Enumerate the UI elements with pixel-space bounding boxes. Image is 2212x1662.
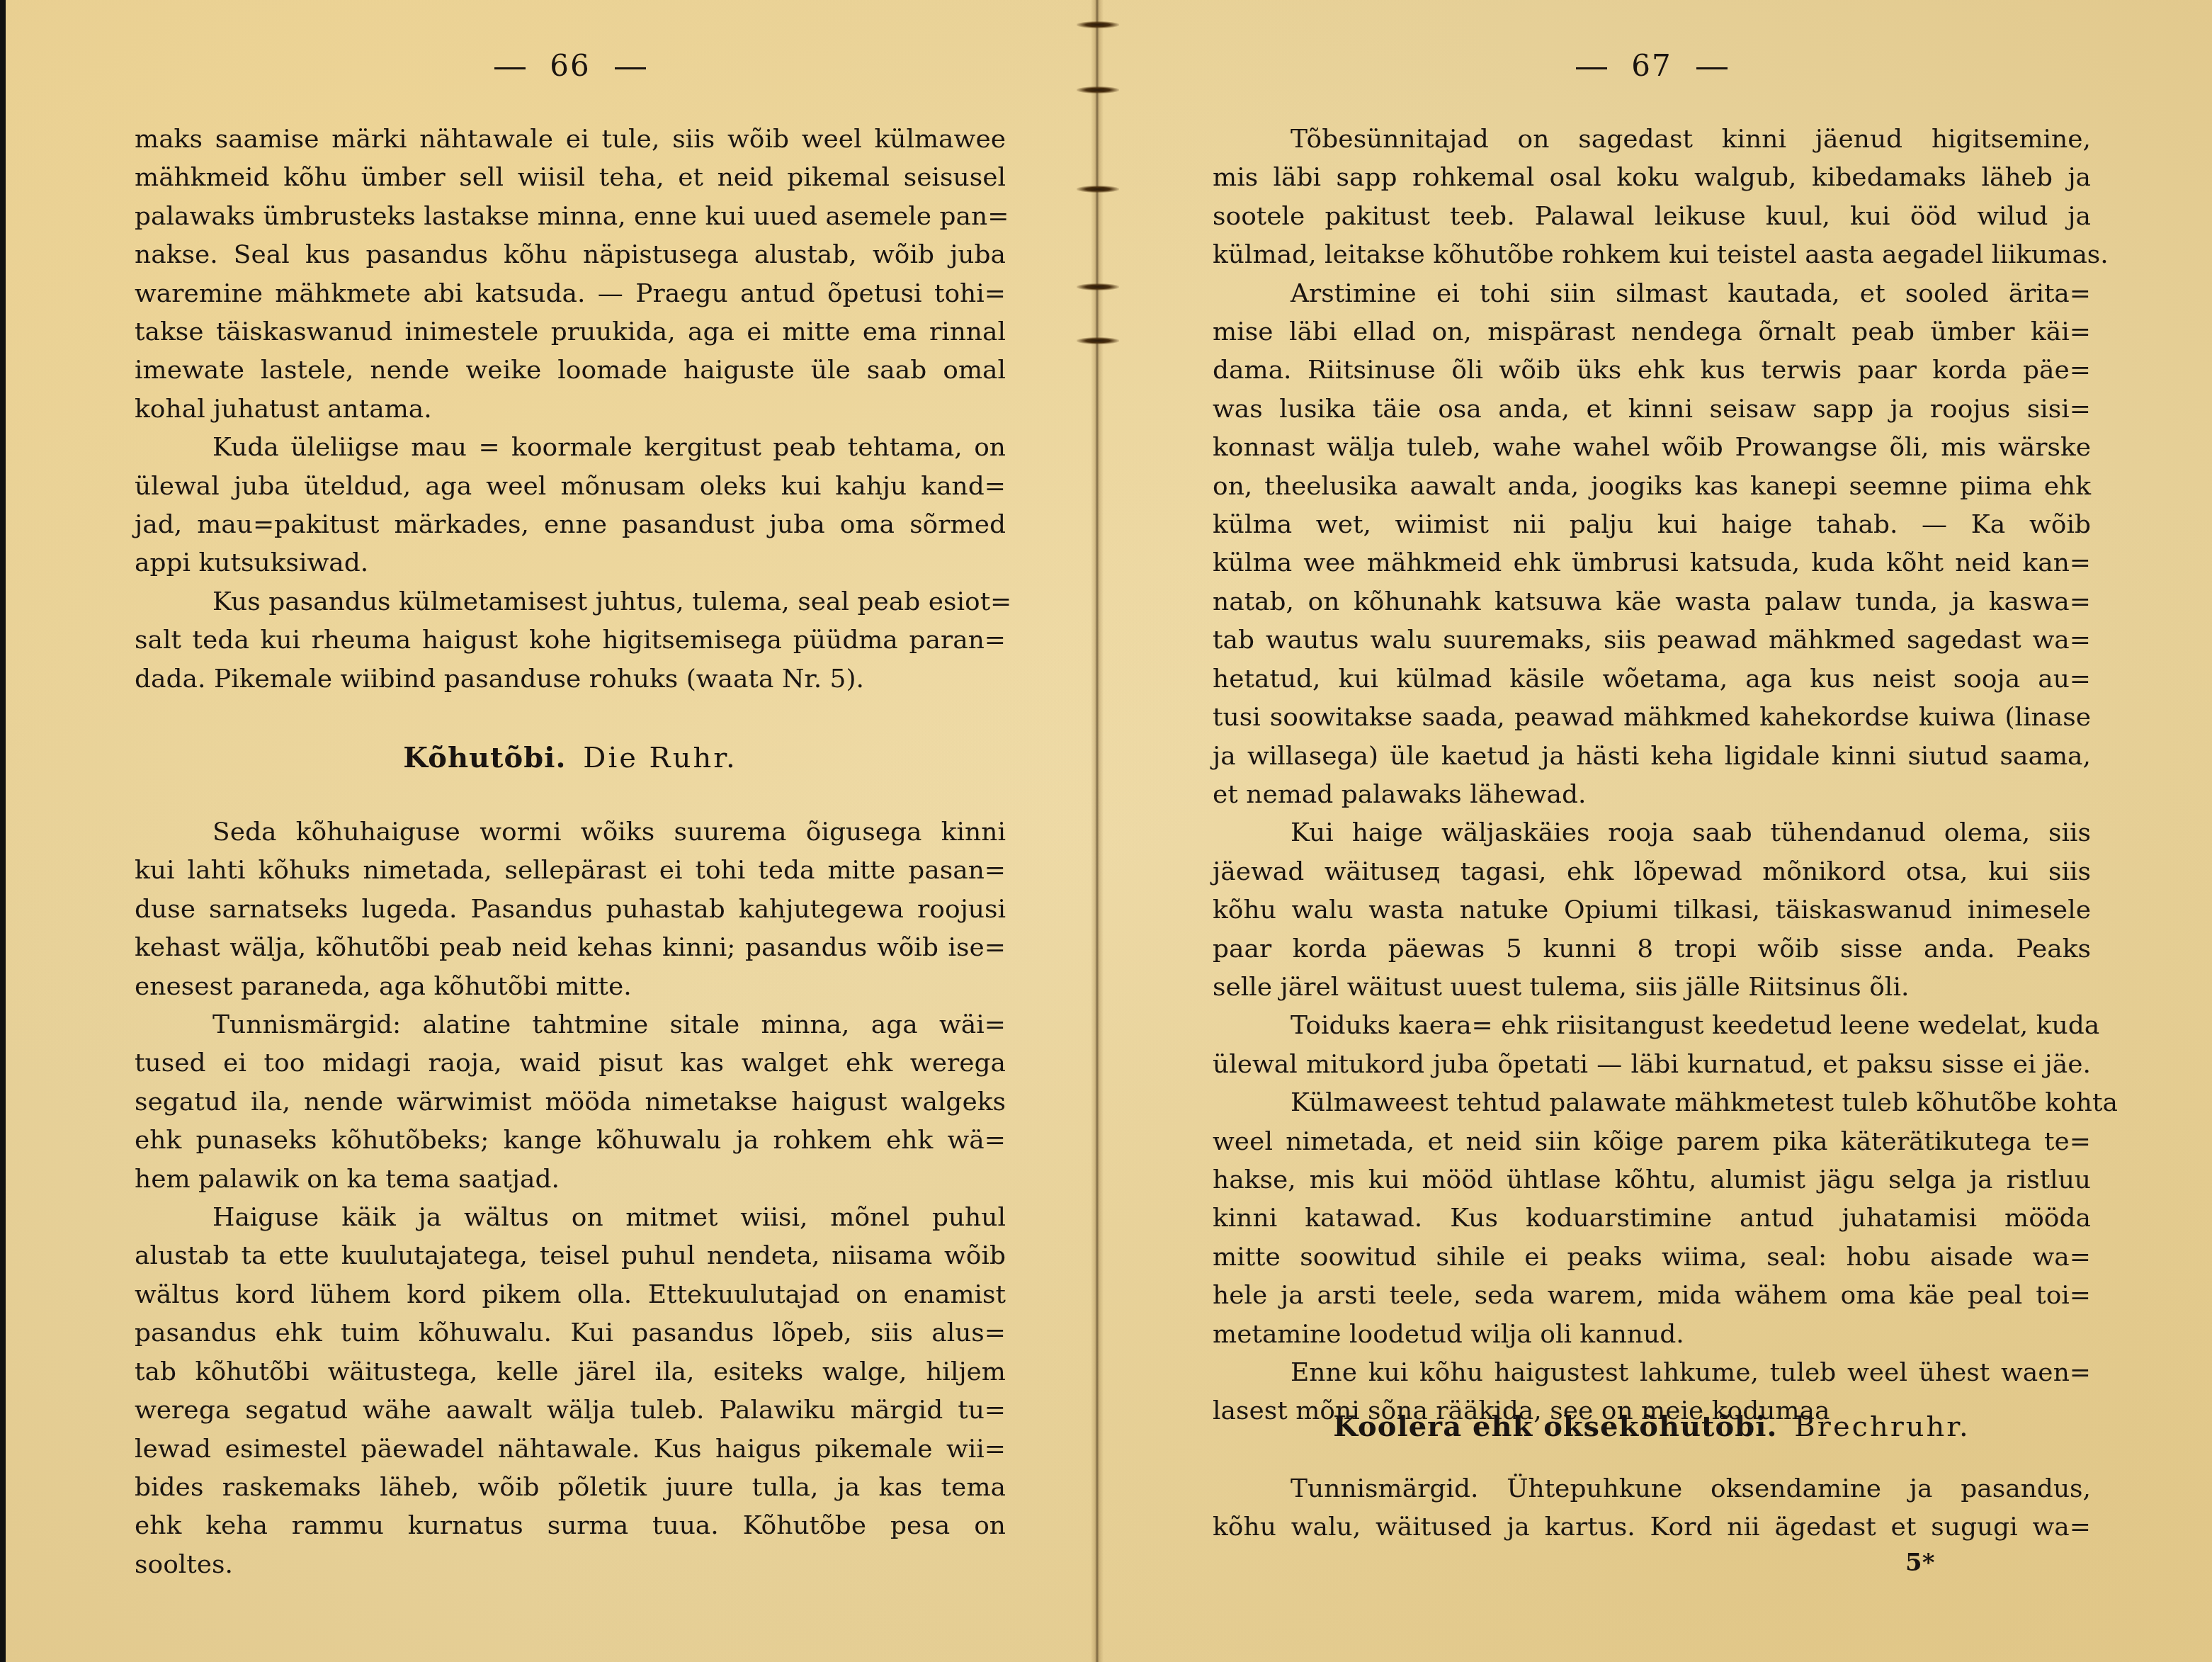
text-line: appi kutsuksiwad. (135, 544, 1006, 582)
book-spine (1091, 0, 1104, 1662)
text-line: dada. Pikemale wiibind pasanduse rohuks … (135, 660, 1006, 699)
text-line: Kui haige wäljaskäies rooja saab tühenda… (1213, 814, 2091, 852)
left-page: 66 maks saamise märki nähtawale ei tule,… (135, 0, 1006, 1662)
text-line: dama. Riitsinuse õli wõib üks ehk kus te… (1213, 351, 2091, 390)
page-number-text: 66 (550, 48, 590, 83)
text-line: Tõbesünnitajad on sagedast kinni jäenud … (1213, 120, 2091, 159)
text-line: segatud ila, nende wärwimist mööda nimet… (135, 1083, 1006, 1121)
binding-stitch (1077, 337, 1119, 344)
heading-subtitle: Die Ruhr. (583, 742, 737, 774)
text-line: ülewal juba üteldud, aga weel mõnusam ol… (135, 468, 1006, 506)
right-page: 67 Tõbesünnitajad on sagedast kinni jäen… (1213, 0, 2091, 1662)
text-line: hele ja arsti teele, seda warem, mida wä… (1213, 1277, 2091, 1315)
text-line: ehk punaseks kõhutõbeks; kange kõhuwalu … (135, 1121, 1006, 1160)
text-line: enesest paraneda, aga kõhutõbi mitte. (135, 968, 1006, 1006)
text-line: imewate lastele, nende weike loomade hai… (135, 351, 1006, 390)
text-line: tusi soowitakse saada, peawad mähkmed ka… (1213, 699, 2091, 737)
text-line: mise läbi ellad on, mispärast nendega õr… (1213, 313, 2091, 351)
text-line: duse sarnatseks lugeda. Pasandus puhasta… (135, 891, 1006, 929)
text-line: kõhu walu wasta natuke Opiumi tilkasi, t… (1213, 891, 2091, 929)
text-line: Arstimine ei tohi siin silmast kautada, … (1213, 275, 2091, 313)
page-number-text: 67 (1631, 48, 1672, 83)
text-line: sootele pakitust teeb. Palawal leikuse k… (1213, 198, 2091, 236)
text-line: sooltes. (135, 1546, 1006, 1584)
text-line: on, theelusika aawalt anda, joogiks kas … (1213, 468, 2091, 506)
text-line: wältus kord lühem kord pikem olla. Ettek… (135, 1276, 1006, 1314)
page-number: 66 (135, 48, 1006, 83)
text-line: salt teda kui rheuma haigust kohe higits… (135, 621, 1006, 660)
text-line: kui lahti kõhuks nimetada, sellepärast e… (135, 852, 1006, 890)
text-line: pasandus ehk tuim kõhuwalu. Kui pasandus… (135, 1314, 1006, 1352)
text-line: werega segatud wähe aawalt wälja tuleb. … (135, 1391, 1006, 1430)
heading-subtitle: Brechruhr. (1794, 1411, 1970, 1443)
binding-stitch (1077, 86, 1119, 94)
text-line: kinni katawad. Kus koduarstimine antud j… (1213, 1199, 2091, 1238)
text-line: konnast wälja tuleb, wahe wahel wõib Pro… (1213, 429, 2091, 467)
paragraph: Tõbesünnitajad on sagedast kinni jäenud … (1213, 120, 2091, 1431)
text-line: hakse, mis kui mööd ühtlase kõhtu, alumi… (1213, 1161, 2091, 1199)
heading-title: Kõhutõbi. (403, 741, 566, 774)
text-line: palawaks ümbrusteks lastakse minna, enne… (135, 198, 1006, 236)
text-line: lewad esimestel päewadel nähtawale. Kus … (135, 1430, 1006, 1469)
text-line: tused ei too midagi raoja, waid pisut ka… (135, 1044, 1006, 1082)
text-line: Kuda üleliigse mau = koormale kergitust … (135, 429, 1006, 467)
text-line: jäewad wäituseд tagasi, ehk lõpewad mõni… (1213, 853, 2091, 891)
text-line: Toiduks kaera= ehk riisitangust keedetud… (1213, 1007, 2091, 1045)
text-line: takse täiskaswanud inimestele pruukida, … (135, 313, 1006, 351)
text-line: Enne kui kõhu haigustest lahkume, tuleb … (1213, 1354, 2091, 1392)
text-line: bides raskemaks läheb, wõib põletik juur… (135, 1469, 1006, 1507)
text-line: alustab ta ette kuulutajatega, teisel pu… (135, 1237, 1006, 1275)
binding-stitch (1077, 186, 1119, 193)
page-number: 67 (1213, 48, 2091, 83)
text-line: ehk keha rammu kurnatus surma tuua. Kõhu… (135, 1507, 1006, 1545)
book-spread: 66 maks saamise märki nähtawale ei tule,… (0, 0, 2212, 1662)
scan-border (0, 0, 6, 1662)
text-line: külmad, leitakse kõhutõbe rohkem kui tei… (1213, 236, 2091, 274)
text-line: ülewal mitukord juba õpetati — läbi kurn… (1213, 1046, 2091, 1084)
text-line: tab wautus walu suuremaks, siis peawad m… (1213, 621, 2091, 660)
text-line: Kus pasandus külmetamisest juhtus, tulem… (135, 583, 1006, 621)
text-line: külma wet, wiimist nii palju kui haige t… (1213, 506, 2091, 544)
text-line: mitte soowitud sihile ei peaks wiima, se… (1213, 1238, 2091, 1277)
binding-stitch (1077, 283, 1119, 290)
text-line: Tunnismärgid. Ühtepuhkune oksendamine ja… (1213, 1470, 2091, 1508)
text-line: kehast wälja, kõhutõbi peab neid kehas k… (135, 929, 1006, 967)
text-line: mähkmeid kõhu ümber sell wiisil teha, et… (135, 159, 1006, 197)
paragraph: Tunnismärgid. Ühtepuhkune oksendamine ja… (1213, 1470, 2091, 1547)
text-line: kohal juhatust antama. (135, 390, 1006, 429)
text-line: weel nimetada, et neid siin kõige parem … (1213, 1123, 2091, 1161)
text-line: Haiguse käik ja wältus on mitmet wiisi, … (135, 1199, 1006, 1237)
text-line: ja willasega) üle kaetud ja hästi keha l… (1213, 737, 2091, 776)
text-line: et nemad palawaks lähewad. (1213, 776, 2091, 814)
text-line: Tunnismärgid: alatine tahtmine sitale mi… (135, 1006, 1006, 1044)
text-line: was lusika täie osa anda, et kinni seisa… (1213, 390, 2091, 429)
text-line: jad, mau=pakitust märkades, enne pasandu… (135, 506, 1006, 544)
text-line: maks saamise märki nähtawale ei tule, si… (135, 120, 1006, 159)
heading-title: Koolera ehk oksekõhutõbi. (1333, 1410, 1777, 1443)
text-line: hem palawik on ka tema saatjad. (135, 1160, 1006, 1199)
text-line: paar korda päewas 5 kunni 8 tropi wõib s… (1213, 930, 2091, 968)
section-heading: Koolera ehk oksekõhutõbi.Brechruhr. (1213, 1410, 2091, 1443)
text-line: selle järel wäitust uuest tulema, siis j… (1213, 968, 2091, 1007)
text-line: mis läbi sapp rohkemal osal koku walgub,… (1213, 159, 2091, 197)
text-line: hetatud, kui külmad käsile wõetama, aga … (1213, 660, 2091, 699)
text-line: Külmaweest tehtud palawate mähkmetest tu… (1213, 1084, 2091, 1122)
text-line: metamine loodetud wilja oli kannud. (1213, 1316, 2091, 1354)
paragraph: maks saamise märki nähtawale ei tule, si… (135, 120, 1006, 699)
binding-stitch (1077, 21, 1119, 28)
section-heading: Kõhutõbi.Die Ruhr. (135, 741, 1006, 774)
paragraph: Seda kõhuhaiguse wormi wõiks suurema õig… (135, 813, 1006, 1584)
text-line: nakse. Seal kus pasandus kõhu näpistuseg… (135, 236, 1006, 274)
text-line: tab kõhutõbi wäitustega, kelle järel ila… (135, 1353, 1006, 1391)
text-line: külma wee mähkmeid ehk ümbrusi katsuda, … (1213, 544, 2091, 582)
text-line: Seda kõhuhaiguse wormi wõiks suurema õig… (135, 813, 1006, 852)
text-line: waremine mähkmete abi katsuda. — Praegu … (135, 275, 1006, 313)
text-line: natab, on kõhunahk katsuwa käe wasta pal… (1213, 583, 2091, 621)
text-line: kõhu walu, wäitused ja kartus. Kord nii … (1213, 1508, 2091, 1547)
signature-mark: 5* (1905, 1549, 1934, 1577)
